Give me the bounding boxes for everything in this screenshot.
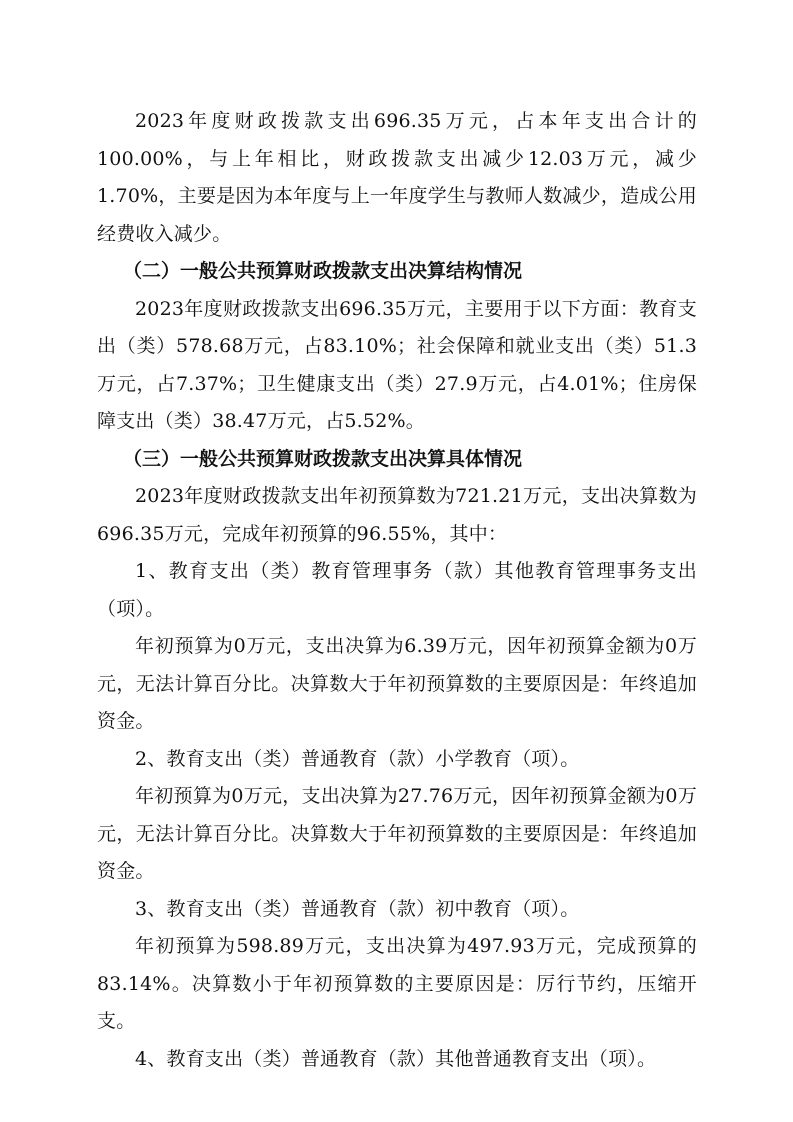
item-3-detail: 年初预算为598.89万元，支出决算为497.93万元，完成预算的83.14%。… [97, 928, 697, 1041]
section-heading-specific: （三）一般公共预算财政拨款支出决算具体情况 [97, 441, 697, 479]
item-4-title: 4、教育支出（类）普通教育（款）其他普通教育支出（项）。 [97, 1041, 697, 1079]
paragraph-expenditure-summary: 2023年度财政拨款支出696.35万元，占本年支出合计的100.00%，与上年… [97, 103, 697, 253]
item-1-detail: 年初预算为0万元，支出决算为6.39万元，因年初预算金额为0万元，无法计算百分比… [97, 628, 697, 741]
section-heading-structure: （二）一般公共预算财政拨款支出决算结构情况 [97, 253, 697, 291]
item-3-title: 3、教育支出（类）普通教育（款）初中教育（项）。 [97, 891, 697, 929]
paragraph-structure-detail: 2023年度财政拨款支出696.35万元，主要用于以下方面：教育支出（类）578… [97, 291, 697, 441]
document-page: 2023年度财政拨款支出696.35万元，占本年支出合计的100.00%，与上年… [97, 103, 697, 1078]
item-1-title: 1、教育支出（类）教育管理事务（款）其他教育管理事务支出（项）。 [97, 553, 697, 628]
paragraph-budget-overview: 2023年度财政拨款支出年初预算数为721.21万元，支出决算数为696.35万… [97, 478, 697, 553]
item-2-detail: 年初预算为0万元，支出决算为27.76万元，因年初预算金额为0万元，无法计算百分… [97, 778, 697, 891]
item-2-title: 2、教育支出（类）普通教育（款）小学教育（项）。 [97, 741, 697, 779]
